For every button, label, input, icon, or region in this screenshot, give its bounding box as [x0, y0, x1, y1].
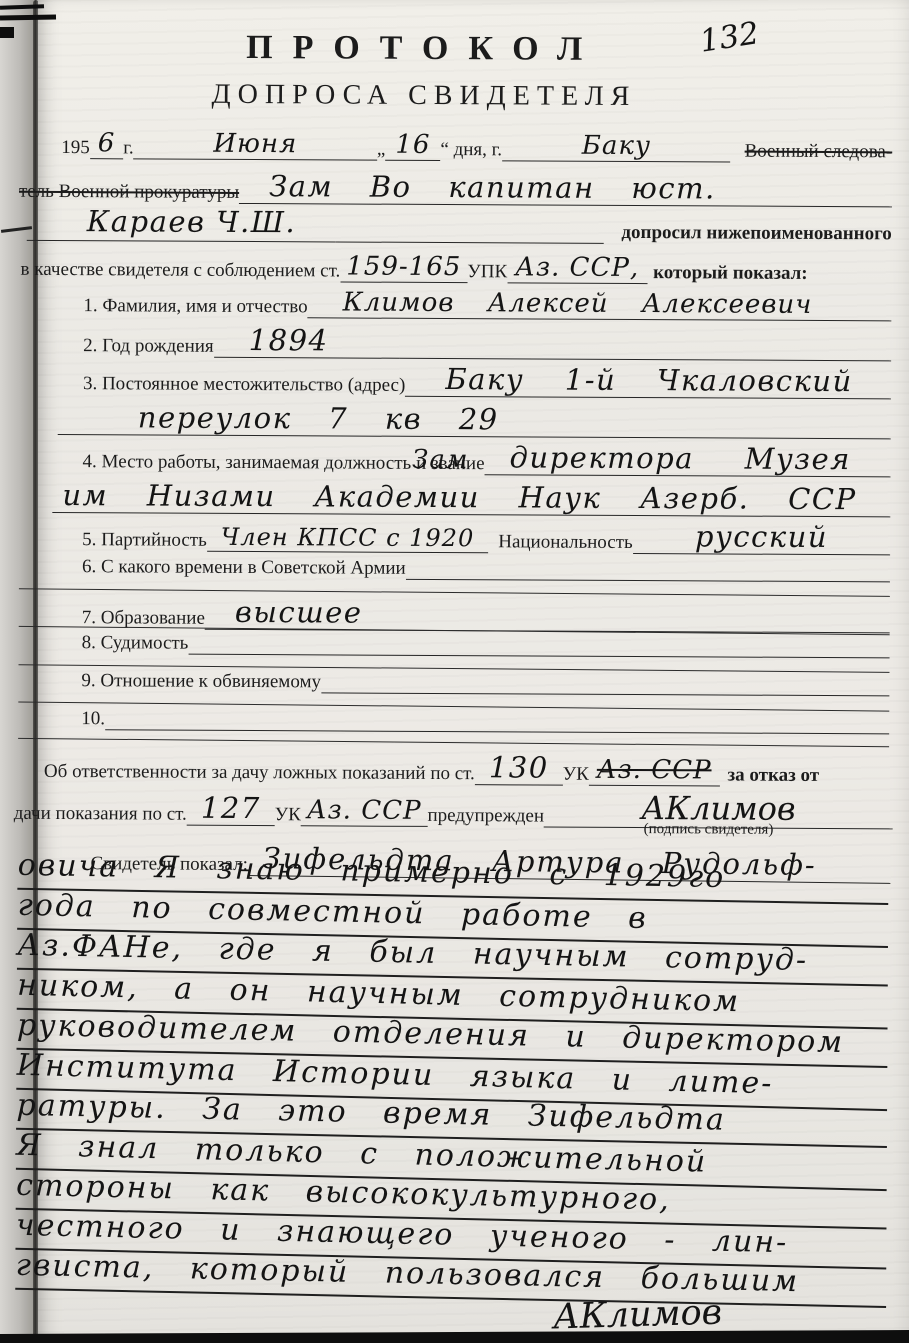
officer-handwritten: Зам Во капитан юст.	[239, 169, 892, 207]
struck-printed-investigator: Военный следова-	[745, 141, 893, 164]
articles-handwritten: 159-165	[340, 251, 467, 283]
field-army: 6. С какого времени в Советской Армии	[82, 556, 890, 582]
articles-printed-a: в качестве свидетеля с соблюдением ст.	[21, 259, 341, 283]
document-title: ПРОТОКОЛ	[0, 28, 849, 70]
field-address-line2: переулок 7 кв 29	[58, 400, 891, 439]
field-ten-label: 10.	[81, 708, 105, 730]
interrogated-label: допросил нижепоименованного	[621, 222, 891, 245]
hw-zam-over-printed: Зам	[412, 445, 468, 475]
city-handwritten: Баку	[502, 130, 731, 162]
field-address: 3. Постоянное местожительство (адрес) Ба…	[83, 360, 891, 399]
field-workplace-value2: им Низами Академии Наук Азерб. ССР	[52, 478, 890, 517]
field-party-value: Член КПСС с 1920	[207, 523, 489, 553]
field-nationality-label: Национальность	[498, 531, 633, 554]
blank-line	[336, 241, 603, 243]
oath-line-1: Об ответственности за дачу ложных показа…	[44, 748, 893, 787]
oath-uk-label-2: УК	[275, 804, 301, 826]
field-workplace-label: 4. Место работы, занимаемая должность	[83, 451, 412, 475]
oath-article-130: 130	[475, 750, 563, 785]
day-suffix: “ дня, г.	[440, 139, 502, 161]
officer-line: тель Военной прокуратуры Зам Во капитан …	[19, 168, 892, 208]
field-birth-year-label: 2. Год рождения	[83, 335, 214, 358]
blank-line	[406, 579, 890, 583]
field-name-value: Климов Алексей Алексеевич	[308, 287, 892, 321]
blank-line	[321, 692, 889, 696]
oath-republic-2: Аз. ССР	[301, 795, 428, 827]
oath-republic-1: Аз. ССР	[589, 755, 720, 787]
interrogator-name-line: Караев Ч.Ш. допросил нижепоименованного	[27, 204, 892, 246]
document-subtitle: ДОПРОСА СВИДЕТЕЛЯ	[0, 78, 849, 114]
field-relation-accused-label: 9. Отношение к обвиняемому	[81, 670, 321, 693]
struck-printed-prosecutor: тель Военной прокуратуры	[19, 181, 239, 204]
oath-article-127: 127	[187, 791, 275, 826]
continuation-line	[18, 738, 889, 747]
field-party: 5. Партийность Член КПСС с 1920 Национал…	[82, 516, 890, 555]
field-army-label: 6. С какого времени в Советской Армии	[82, 556, 406, 580]
blank-line	[188, 654, 889, 659]
oath-warned-label: предупрежден	[427, 805, 544, 828]
field-relation-accused: 9. Отношение к обвиняемому	[81, 670, 889, 696]
title-text: ПРОТОКОЛ	[246, 29, 602, 69]
interrogator-name-handwritten: Караев Ч.Ш.	[27, 204, 336, 243]
month-handwritten: Июня	[134, 128, 377, 160]
blank-line	[399, 358, 891, 362]
blank-line	[105, 729, 889, 734]
field-ten: 10.	[81, 708, 889, 734]
field-convictions-label: 8. Судимость	[82, 632, 189, 655]
field-convictions: 8. Судимость	[82, 632, 890, 658]
document-scan: 132 ПРОТОКОЛ ДОПРОСА СВИДЕТЕЛЯ 195 6 г. …	[0, 0, 909, 1343]
republic-handwritten: Аз. ССР,	[507, 252, 647, 284]
field-address-value2: переулок 7 кв 29	[58, 400, 891, 439]
page-content: 132 ПРОТОКОЛ ДОПРОСА СВИДЕТЕЛЯ 195 6 г. …	[0, 0, 909, 1343]
field-name-label: 1. Фамилия, имя и отчество	[83, 295, 307, 318]
field-workplace-label-overwritten: и звание Зам	[416, 453, 484, 475]
field-workplace-value: директора Музея	[485, 440, 891, 477]
subtitle-text: ДОПРОСА СВИДЕТЕЛЯ	[212, 79, 637, 113]
field-nationality-value: русский	[633, 519, 891, 555]
field-party-label: 5. Партийность	[82, 529, 207, 552]
who-testified-label: который показал:	[653, 262, 808, 285]
final-signature: АКлимов	[553, 1295, 722, 1336]
field-address-value: Баку 1-й Чкаловский	[405, 362, 891, 400]
field-address-label: 3. Постоянное местожительство (адрес)	[83, 373, 405, 397]
signature-caption: (подпись свидетеля)	[644, 821, 774, 839]
oath-uk-label-1: УК	[563, 764, 589, 786]
oath-printed-a: Об ответственности за дачу ложных показа…	[44, 761, 475, 785]
oath-printed-c: за отказ от	[727, 765, 819, 787]
field-birth-year: 2. Год рождения 1894	[83, 322, 891, 361]
year-suffix: г.	[123, 137, 134, 159]
field-birth-year-value: 1894	[214, 323, 399, 359]
field-name: 1. Фамилия, имя и отчество Климов Алексе…	[83, 286, 891, 321]
field-education-value: высшее	[205, 595, 890, 634]
oath-printed-2a: дачи показания по ст.	[14, 803, 187, 826]
field-workplace-line2: им Низами Академии Наук Азерб. ССР	[52, 478, 890, 517]
day-handwritten: 16	[385, 130, 440, 161]
field-workplace: 4. Место работы, занимаемая должность и …	[83, 438, 891, 477]
year-printed: 195	[61, 137, 90, 159]
upk-label: УПК	[467, 261, 507, 283]
articles-line: в качестве свидетеля с соблюдением ст. 1…	[21, 250, 892, 286]
signature-caption-text: (подпись свидетеля)	[644, 821, 774, 839]
year-handwritten: 6	[90, 128, 124, 159]
day-open-quote: „	[377, 139, 386, 161]
date-line: 195 6 г. Июня „ 16 “ дня, г. Баку Военны…	[61, 128, 892, 163]
